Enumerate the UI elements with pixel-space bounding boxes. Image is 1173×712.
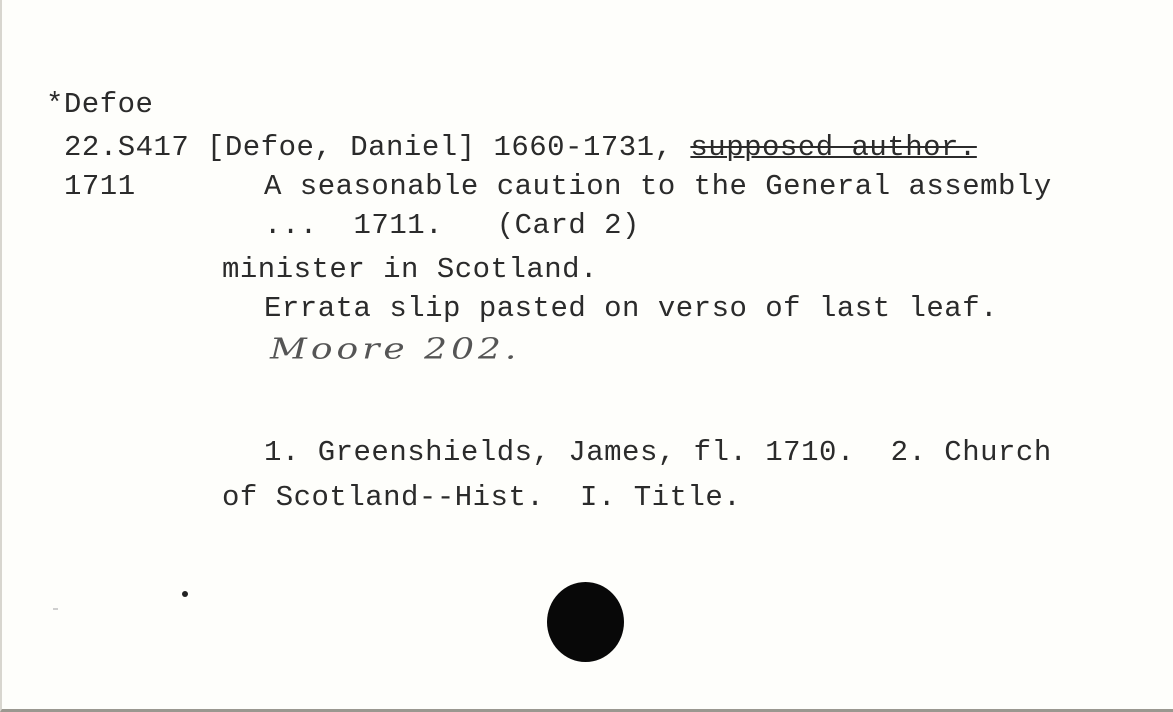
author-line: [Defoe, Daniel] 1660-1731, supposed auth… [207,133,977,162]
call-number-line2: 1711 [64,172,136,201]
paper-speck [53,608,58,610]
title-line1: A seasonable caution to the General asse… [264,172,1052,201]
card-heading: *Defoe [46,90,153,119]
note-line1: minister in Scotland. [222,255,598,284]
handwritten-note: Moore 202. [270,333,520,366]
struck-author-note: supposed author. [690,131,976,164]
title-line2: ... 1711. (Card 2) [264,211,640,240]
punch-hole [547,582,624,662]
catalog-card: *Defoe 22.S417 [Defoe, Daniel] 1660-1731… [0,0,1173,712]
ink-dot [182,591,188,597]
tracings-line1: 1. Greenshields, James, fl. 1710. 2. Chu… [264,438,1052,467]
call-number-line1: 22.S417 [64,133,189,162]
tracings-line2: of Scotland--Hist. I. Title. [222,483,741,512]
note-line2: Errata slip pasted on verso of last leaf… [264,294,998,323]
author-main: [Defoe, Daniel] 1660-1731, [207,131,672,164]
